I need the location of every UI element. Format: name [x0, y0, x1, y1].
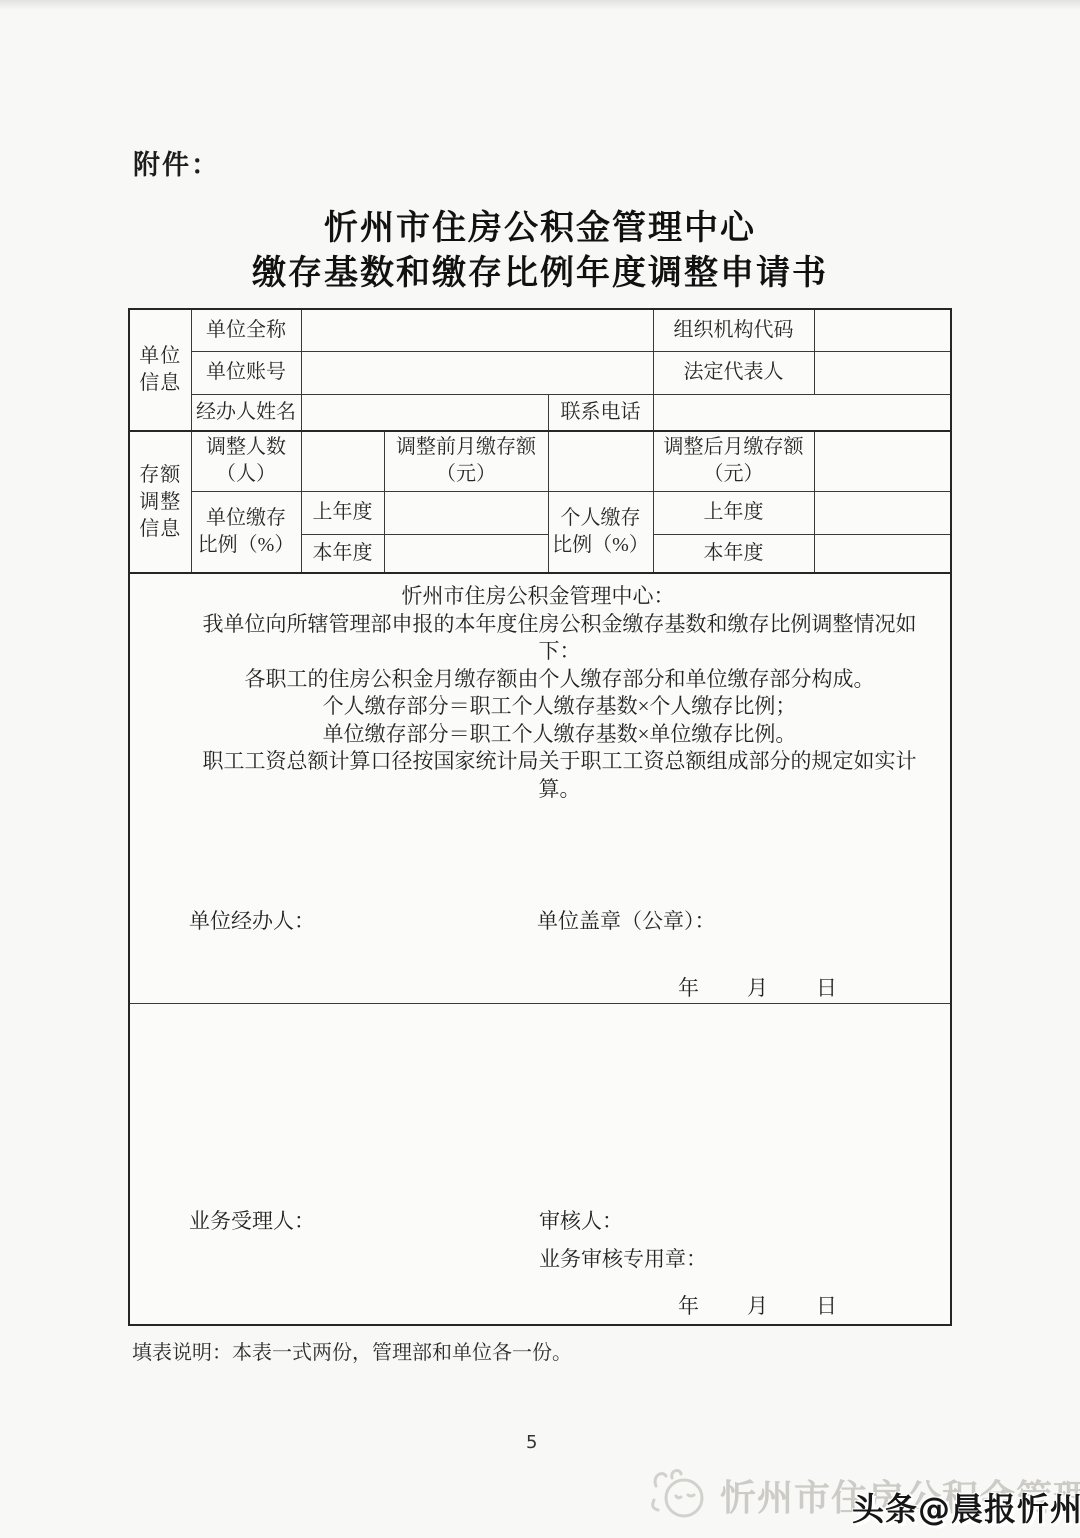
- input-cell-personal-ratio-last-year: [814, 491, 951, 534]
- input-cell-agent-name: [301, 394, 548, 431]
- label-unit-ratio-last-year: 上年度: [301, 491, 384, 534]
- channel-watermark-text: 头条@晨报忻州: [852, 1484, 1080, 1530]
- label-phone: 联系电话: [548, 394, 653, 431]
- office-signature-cell: 业务受理人： 审核人： 业务审核专用章： 年 月 日: [129, 1003, 951, 1325]
- auditor-signature-label: 审核人：: [539, 1207, 623, 1235]
- label-before-amount: 调整前月缴存额 （元）: [384, 431, 548, 491]
- input-cell-legal-rep: [814, 351, 951, 394]
- label-after-amount: 调整后月缴存额 （元）: [653, 431, 814, 491]
- input-cell-after-amount: [814, 431, 951, 491]
- input-cell-phone: [653, 394, 951, 431]
- label-legal-rep: 法定代表人: [653, 351, 814, 394]
- scan-edge-shadow: [0, 0, 1080, 10]
- label-personal-ratio: 个人缴存 比例（%）: [548, 491, 653, 573]
- input-cell-unit-full-name: [301, 309, 653, 351]
- label-unit-ratio: 单位缴存 比例（%）: [191, 491, 301, 573]
- input-cell-adjust-people: [301, 431, 384, 491]
- declaration-line: 个人缴存部分＝职工个人缴存基数×个人缴存比例；: [143, 693, 933, 721]
- document-title: 忻州市住房公积金管理中心 缴存基数和缴存比例年度调整申请书: [0, 206, 1080, 296]
- input-cell-org-code: [814, 309, 951, 351]
- declaration-and-unit-signature-cell: 忻州市住房公积金管理中心： 我单位向所辖管理部申报的本年度住房公积金缴存基数和缴…: [129, 573, 951, 1003]
- input-cell-before-amount: [548, 431, 653, 491]
- input-cell-unit-ratio-this-year: [384, 534, 548, 573]
- audit-seal-label: 业务审核专用章：: [539, 1245, 707, 1273]
- declaration-line: 各职工的住房公积金月缴存额由个人缴存部分和单位缴存部分构成。: [143, 666, 933, 694]
- unit-seal-label: 单位盖章（公章）：: [537, 907, 716, 935]
- label-adjust-people: 调整人数 （人）: [191, 431, 301, 491]
- form-filling-note: 填表说明：本表一式两份，管理部和单位各一份。: [132, 1336, 572, 1365]
- label-unit-ratio-this-year: 本年度: [301, 534, 384, 573]
- acceptor-signature-label: 业务受理人：: [189, 1207, 315, 1235]
- group-label-adjust-info: 存额 调整 信息: [129, 431, 191, 573]
- declaration-line: 职工工资总额计算口径按国家统计局关于职工工资总额组成部分的规定如实计算。: [143, 748, 933, 803]
- input-cell-personal-ratio-this-year: [814, 534, 951, 573]
- label-org-code: 组织机构代码: [653, 309, 814, 351]
- watermark-logo-icon: [648, 1466, 714, 1524]
- application-form-table: 单位 信息 单位全称 组织机构代码 单位账号 法定代表人 经办人姓名 联系电话 …: [128, 308, 952, 1326]
- input-cell-unit-account: [301, 351, 653, 394]
- date-line: 年 月 日: [678, 1292, 839, 1320]
- declaration-line: 单位缴存部分＝职工个人缴存基数×单位缴存比例。: [143, 721, 933, 749]
- label-personal-ratio-this-year: 本年度: [653, 534, 814, 573]
- declaration-line: 我单位向所辖管理部申报的本年度住房公积金缴存基数和缴存比例调整情况如下：: [143, 611, 933, 666]
- input-cell-unit-ratio-last-year: [384, 491, 548, 534]
- declaration-text: 忻州市住房公积金管理中心： 我单位向所辖管理部申报的本年度住房公积金缴存基数和缴…: [143, 583, 933, 803]
- label-unit-full-name: 单位全称: [191, 309, 301, 351]
- label-personal-ratio-last-year: 上年度: [653, 491, 814, 534]
- title-line-1: 忻州市住房公积金管理中心: [0, 206, 1080, 251]
- date-line: 年 月 日: [678, 974, 839, 1002]
- page-number: 5: [526, 1432, 537, 1453]
- label-unit-account: 单位账号: [191, 351, 301, 394]
- declaration-salutation: 忻州市住房公积金管理中心：: [143, 583, 933, 611]
- group-label-unit-info: 单位 信息: [129, 309, 191, 431]
- title-line-2: 缴存基数和缴存比例年度调整申请书: [0, 251, 1080, 296]
- attachment-label: 附件：: [133, 143, 220, 182]
- label-agent-name: 经办人姓名: [191, 394, 301, 431]
- unit-agent-signature-label: 单位经办人：: [189, 907, 315, 935]
